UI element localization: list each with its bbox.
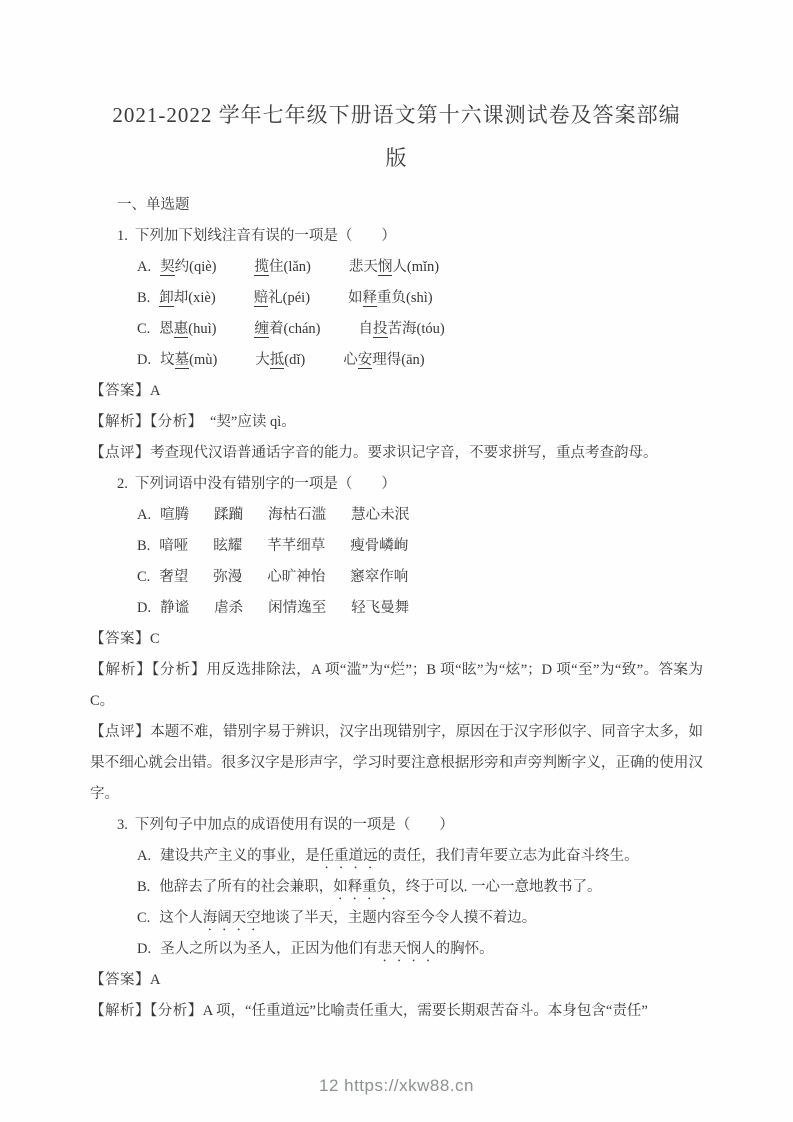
term-post-text: (dǐ) — [284, 352, 305, 368]
sentence-pre-text: 圣人之所以为圣人，正因为他们有 — [160, 941, 378, 957]
sentence-pre-text: 他辞去了所有的社会兼职， — [159, 879, 333, 895]
option-word: 轻飞曼舞 — [351, 600, 409, 616]
option-term: 大抵(dǐ) — [255, 352, 305, 368]
underlined-char: 抵 — [270, 352, 285, 369]
document-title-line2: 版 — [90, 137, 703, 180]
option-row: C.这个人海阔天空地谈了半天，主题内容至今令人摸不着边。 — [90, 903, 703, 934]
sentence-post-text: 的胸怀。 — [436, 941, 494, 957]
comment-line: 【点评】本题不难，错别字易于辨识，汉字出现错别字，原因在于汉字形似字、同音字太多… — [90, 717, 703, 810]
question-number: 2. — [117, 476, 128, 492]
underlined-char: 契 — [160, 259, 175, 276]
answer-line: 【答案】C — [90, 624, 703, 655]
underlined-char: 投 — [373, 321, 388, 338]
option-word: 奢望 — [159, 569, 188, 585]
option-term: 赔礼(péi) — [254, 290, 310, 306]
option-label: A. — [137, 848, 151, 864]
analysis-line: 【解析】【分析】用反选排除法，A 项“滥”为“烂”；B 项“眩”为“炫”；D 项… — [90, 655, 703, 717]
option-label: D. — [137, 600, 151, 616]
term-pre-text: 大 — [255, 352, 270, 368]
option-label: A. — [137, 507, 151, 523]
question-stem-text: 下列加下划线注音有误的一项是（ ） — [135, 228, 396, 244]
option-row: C.恩惠(huì)缠着(chán)自投苦海(tóu) — [90, 314, 703, 345]
term-post-text: 约(qiè) — [175, 259, 217, 275]
question-stem: 2.下列词语中没有错别字的一项是（ ） — [90, 469, 703, 500]
term-post-text: 苦海(tóu) — [388, 321, 445, 337]
underlined-char: 释 — [363, 290, 378, 307]
option-word: 心旷神怡 — [267, 569, 325, 585]
option-term: 缠着(chán) — [254, 321, 320, 337]
option-label: D. — [137, 352, 151, 368]
question-number: 1. — [117, 228, 128, 244]
question-stem-text: 下列词语中没有错别字的一项是（ ） — [135, 476, 396, 492]
question-stem: 3.下列句子中加点的成语使用有误的一项是（ ） — [90, 810, 703, 841]
comment-line: 【点评】考查现代汉语普通话字音的能力。要求识记字音，不要求拼写，重点考查韵母。 — [90, 438, 703, 469]
term-pre-text: 悲天 — [349, 259, 378, 275]
analysis-line: 【解析】【分析】 “契”应读 qì。 — [90, 407, 703, 438]
answer-value: C — [150, 631, 160, 647]
option-term: 悲天悯人(mǐn) — [349, 259, 439, 275]
option-term: 心安理得(ān) — [343, 352, 424, 368]
option-label: D. — [137, 941, 151, 957]
option-word: 芊芊细草 — [267, 538, 325, 554]
option-row: A.喧腾蹂躏海枯石滥慧心未泯 — [90, 500, 703, 531]
underlined-char: 赔 — [254, 290, 269, 307]
analysis-line: 【解析】【分析】A 项，“任重道远”比喻责任重大，需要长期艰苦奋斗。本身包含“责… — [90, 996, 703, 1027]
answer-value: A — [150, 383, 160, 399]
option-word: 慧心未泯 — [351, 507, 409, 523]
option-label: C. — [137, 910, 150, 926]
comment-label: 【点评】 — [90, 445, 150, 461]
option-row: D.坟墓(mù)大抵(dǐ)心安理得(ān) — [90, 345, 703, 376]
analysis-label: 【解析】【分析】 — [90, 1003, 203, 1019]
term-post-text: 重负(shì) — [377, 290, 433, 306]
option-word: 蹂躏 — [214, 507, 243, 523]
option-word: 弥漫 — [213, 569, 242, 585]
term-post-text: 住(lǎn) — [269, 259, 311, 275]
option-word: 眩耀 — [213, 538, 242, 554]
answer-label: 【答案】 — [90, 972, 150, 988]
answer-label: 【答案】 — [90, 383, 150, 399]
term-post-text: (mù) — [189, 352, 217, 368]
sentence-post-text: ，终于可以. 一心一意地教书了。 — [391, 879, 601, 895]
sentence-post-text: 地谈了半天，主题内容至今令人摸不着边。 — [261, 910, 537, 926]
option-label: B. — [137, 538, 150, 554]
question-number: 3. — [117, 817, 128, 833]
term-pre-text: 恩 — [159, 321, 174, 337]
comment-text: 本题不难，错别字易于辨识，汉字出现错别字，原因在于汉字形似字、同音字太多，如果不… — [90, 724, 703, 802]
footer-page-number-and-url: 12 https://xkw88.cn — [319, 1076, 474, 1095]
option-word: 喑哑 — [159, 538, 188, 554]
option-term: 揽住(lǎn) — [254, 259, 310, 275]
option-word: 喧腾 — [160, 507, 189, 523]
question-stem-text: 下列句子中加点的成语使用有误的一项是（ ） — [135, 817, 454, 833]
questions-container: 1.下列加下划线注音有误的一项是（ ）A.契约(qiè)揽住(lǎn)悲天悯人(… — [90, 221, 703, 1027]
option-term: 自投苦海(tóu) — [359, 321, 445, 337]
comment-text: 考查现代汉语普通话字音的能力。要求识记字音，不要求拼写，重点考查韵母。 — [150, 445, 658, 461]
document-page: 2021-2022 学年七年级下册语文第十六课测试卷及答案部编 版 一、单选题 … — [0, 0, 793, 1122]
option-row: C.奢望弥漫心旷神怡窸窣作响 — [90, 562, 703, 593]
analysis-text: A 项，“任重道远”比喻责任重大，需要长期艰苦奋斗。本身包含“责任” — [203, 1003, 648, 1019]
option-word: 海枯石滥 — [268, 507, 326, 523]
option-row: B.卸却(xiè)赔礼(péi)如释重负(shì) — [90, 283, 703, 314]
term-pre-text: 如 — [348, 290, 363, 306]
document-title-line1: 2021-2022 学年七年级下册语文第十六课测试卷及答案部编 — [90, 94, 703, 137]
analysis-label: 【解析】【分析】 — [90, 662, 206, 678]
option-term: 如释重负(shì) — [348, 290, 433, 306]
option-row: B.他辞去了所有的社会兼职，如释重负，终于可以. 一心一意地教书了。 — [90, 872, 703, 903]
comment-label: 【点评】 — [90, 724, 150, 740]
option-term: 恩惠(huì) — [159, 321, 216, 338]
underlined-char: 卸 — [159, 290, 174, 307]
emphasized-idiom: 任重道远 — [320, 848, 378, 864]
term-post-text: 却(xiè) — [174, 290, 216, 306]
term-post-text: 礼(péi) — [268, 290, 310, 306]
analysis-text: “契”应读 qì。 — [196, 414, 296, 430]
term-post-text: 理得(ān) — [372, 352, 424, 368]
emphasized-idiom: 悲天悯人 — [378, 941, 436, 957]
option-label: C. — [137, 321, 150, 337]
question-stem: 1.下列加下划线注音有误的一项是（ ） — [90, 221, 703, 252]
underlined-char: 惠 — [174, 321, 189, 338]
option-row: D.静谧虐杀闲情逸至轻飞曼舞 — [90, 593, 703, 624]
option-word: 静谧 — [160, 600, 189, 616]
underlined-char: 墓 — [175, 352, 190, 369]
underlined-char: 安 — [358, 352, 373, 369]
sentence-pre-text: 建设共产主义的事业，是 — [160, 848, 320, 864]
option-label: A. — [137, 259, 151, 275]
underlined-char: 悯 — [378, 259, 393, 276]
document-title: 2021-2022 学年七年级下册语文第十六课测试卷及答案部编 版 — [90, 94, 703, 180]
page-footer: 12 https://xkw88.cn — [0, 1076, 793, 1096]
emphasized-idiom: 海阔天空 — [203, 910, 261, 926]
option-word: 虐杀 — [214, 600, 243, 616]
option-row: B.喑哑眩耀芊芊细草瘦骨嶙峋 — [90, 531, 703, 562]
option-label: C. — [137, 569, 150, 585]
answer-line: 【答案】A — [90, 965, 703, 996]
option-word: 闲情逸至 — [268, 600, 326, 616]
underlined-char: 揽 — [254, 259, 269, 276]
option-word: 瘦骨嶙峋 — [350, 538, 408, 554]
term-pre-text: 心 — [343, 352, 358, 368]
option-term: 卸却(xiè) — [159, 290, 215, 307]
option-word: 窸窣作响 — [350, 569, 408, 585]
section-heading: 一、单选题 — [90, 190, 703, 221]
sentence-pre-text: 这个人 — [159, 910, 203, 926]
option-label: B. — [137, 879, 150, 895]
term-post-text: 着(chán) — [269, 321, 321, 337]
option-term: 坟墓(mù) — [160, 352, 217, 369]
analysis-label: 【解析】【分析】 — [90, 414, 196, 430]
option-row: A.建设共产主义的事业，是任重道远的责任，我们青年要立志为此奋斗终生。 — [90, 841, 703, 872]
term-post-text: (huì) — [188, 321, 216, 337]
option-row: D.圣人之所以为圣人，正因为他们有悲天悯人的胸怀。 — [90, 934, 703, 965]
answer-label: 【答案】 — [90, 631, 150, 647]
sentence-post-text: 的责任，我们青年要立志为此奋斗终生。 — [378, 848, 639, 864]
option-term: 契约(qiè) — [160, 259, 216, 276]
option-row: A.契约(qiè)揽住(lǎn)悲天悯人(mǐn) — [90, 252, 703, 283]
option-label: B. — [137, 290, 150, 306]
term-post-text: 人(mǐn) — [392, 259, 439, 275]
term-pre-text: 自 — [359, 321, 374, 337]
term-pre-text: 坟 — [160, 352, 175, 368]
answer-value: A — [150, 972, 160, 988]
answer-line: 【答案】A — [90, 376, 703, 407]
underlined-char: 缠 — [254, 321, 269, 338]
emphasized-idiom: 如释重负 — [333, 879, 391, 895]
